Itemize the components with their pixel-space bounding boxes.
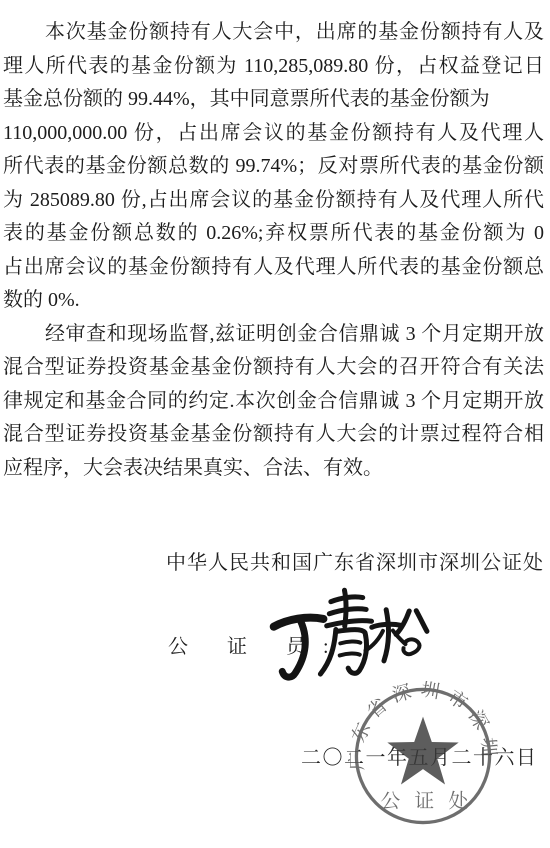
paragraph2-line: 应程序，大会表决结果真实、合法、有效。 xyxy=(3,452,544,486)
seal-bottom-text: 公 证 处 xyxy=(381,791,473,813)
paragraph1-line: 所代表的基金份额总数的 99.74%；反对票所代表的基金份额 xyxy=(3,150,544,184)
notary-signature xyxy=(264,581,437,687)
paragraph1-line: 表的基金份额总数的 0.26%;弃权票所代表的基金份额为 0 份， xyxy=(3,217,544,251)
paragraph1-line: 110,000,000.00 份，占出席会议的基金份额持有人及代理人 xyxy=(3,117,544,151)
paragraph2-line: 律规定和基金合同的约定.本次创金合信鼎诚 3 个月定期开放 xyxy=(3,385,544,419)
paragraph1-line: 基金总份额的 99.44%，其中同意票所代表的基金份额为 xyxy=(3,83,544,117)
paragraph1-line: 占出席会议的基金份额持有人及代理人所代表的基金份额总 xyxy=(3,251,544,285)
notary-seal: 广东省深圳市深圳 公 证 处 xyxy=(348,681,498,831)
paragraph1-line: 数的 0%. xyxy=(3,284,544,318)
notary-office-name: 中华人民共和国广东省深圳市深圳公证处 xyxy=(166,546,544,575)
paragraph1-line: 本次基金份额持有人大会中，出席的基金份额持有人及代 xyxy=(3,16,544,50)
paragraph2-line: 经审查和现场监督,兹证明创金合信鼎诚 3 个月定期开放 xyxy=(3,318,544,352)
paragraph1-line: 理人所代表的基金份额为 110,285,089.80 份，占权益登记日 xyxy=(3,50,544,84)
paragraph2-line: 混合型证券投资基金基金份额持有人大会的计票过程符合相 xyxy=(3,418,544,452)
notarial-certificate-page: 本次基金份额持有人大会中，出席的基金份额持有人及代 理人所代表的基金份额为 11… xyxy=(0,0,550,848)
star-icon xyxy=(387,717,458,785)
paragraph2-line: 混合型证券投资基金基金份额持有人大会的召开符合有关法 xyxy=(3,351,544,385)
paragraph1-line: 为 285089.80 份,占出席会议的基金份额持有人及代理人所代 xyxy=(3,184,544,218)
body-text: 本次基金份额持有人大会中，出席的基金份额持有人及代 理人所代表的基金份额为 11… xyxy=(0,0,550,485)
